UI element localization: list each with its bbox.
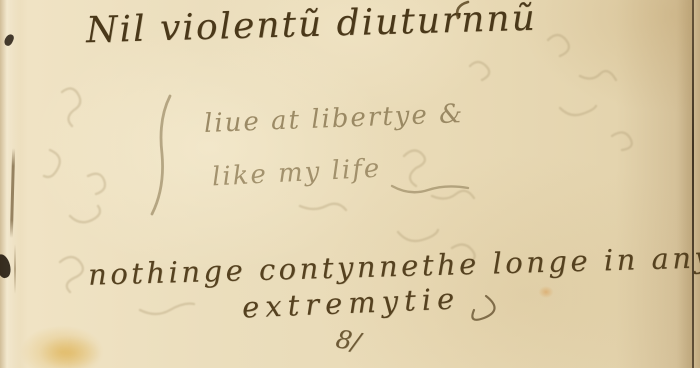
handwritten-motto-line-1: liue at libertye & — [204, 99, 465, 139]
page-right-edge — [694, 0, 700, 368]
page-left-edge — [0, 0, 20, 368]
page-right-shadow — [676, 0, 692, 368]
handwritten-latin-maxim: Nil violentũ diuturnnũ — [86, 0, 538, 51]
yellow-stain — [40, 336, 100, 368]
handwritten-english-line-2: extremytie — [241, 281, 460, 324]
manuscript-page-photo: Nil violentũ diuturnnũ liue at libertye … — [0, 0, 700, 368]
handwritten-motto-line-2: like my life — [211, 154, 382, 193]
left-crease-line-short — [14, 244, 16, 294]
handwritten-page-mark: 8/ — [334, 324, 363, 356]
